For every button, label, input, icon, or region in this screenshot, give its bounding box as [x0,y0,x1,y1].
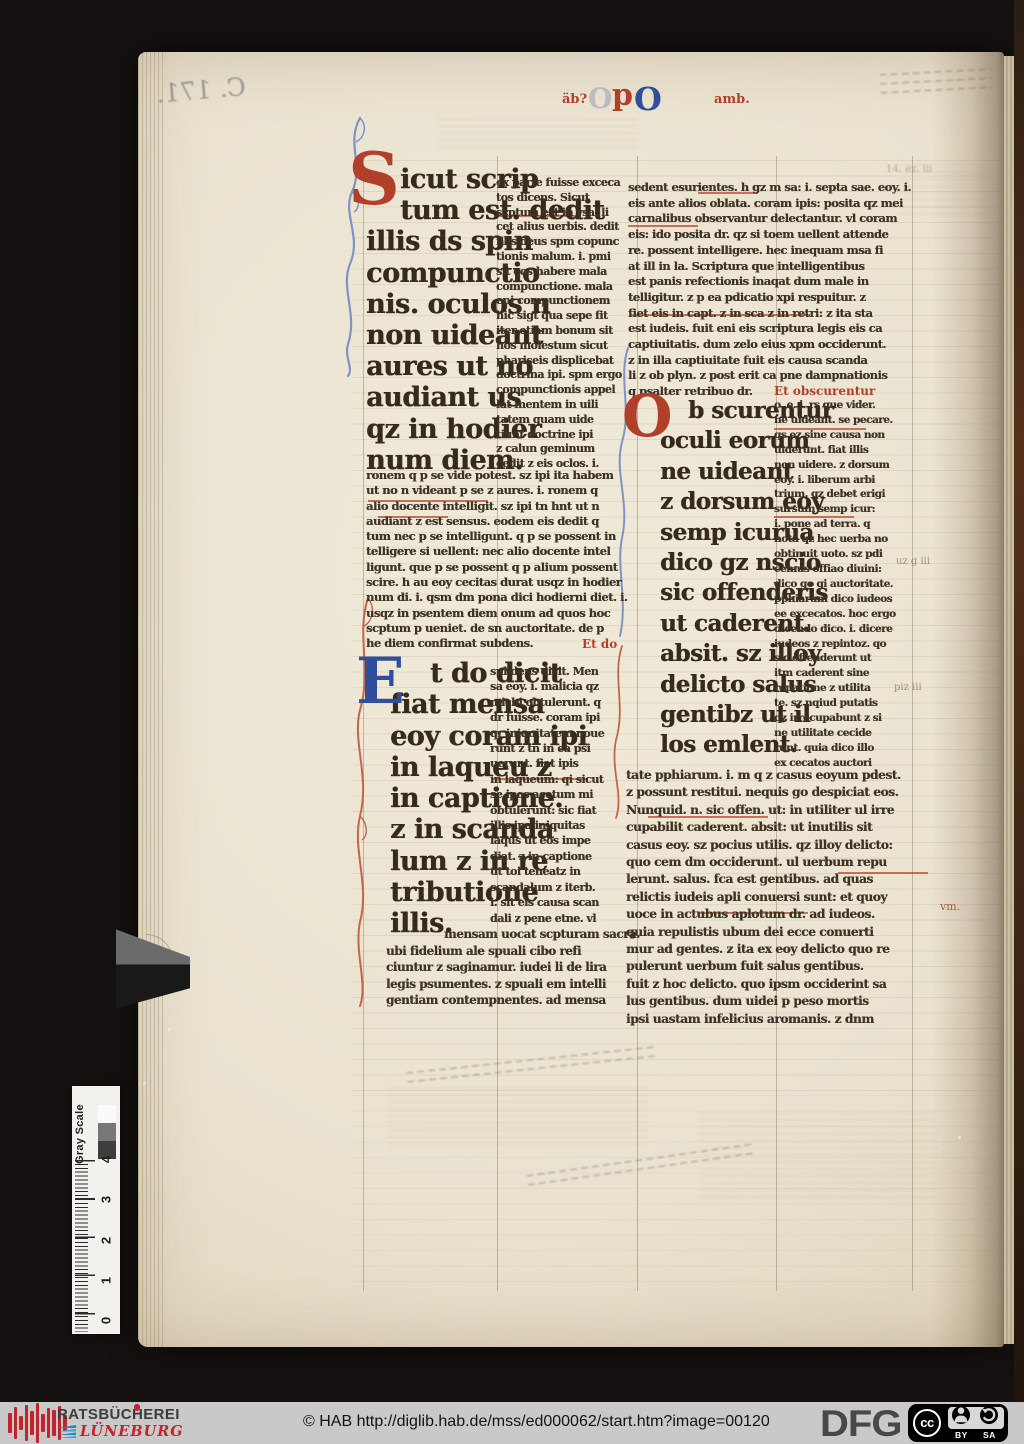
ink-bleed [438,118,638,150]
gloss-column-2a: subdens dicit. Mensa eoy. i. malicia qzm… [490,664,636,926]
rubric-et-do: Et do [582,637,617,651]
ruler-numbers: 43210 [98,1152,114,1328]
monogram-ghost: O [588,82,612,115]
cc-sharealike-icon [980,1406,998,1424]
running-title-monogram-red: p [612,78,633,113]
gray-scale-ruler: Gray Scale 43210 [72,1086,120,1334]
margin-note-3: vm. [940,900,960,913]
manuscript-page: äb? p O O amb. C. 171. 14. ez. iii S E O [138,52,1004,1347]
gray-patch-white [98,1105,116,1123]
dust-speck [958,1136,961,1139]
gray-scale-label: Gray Scale [74,1094,94,1164]
dust-speck [143,1082,146,1085]
illuminated-initial-e: E [356,644,405,719]
dfg-logo: DFG [820,1404,901,1444]
library-fan-icon [57,1424,77,1439]
running-title-monogram-blue: O [634,80,662,118]
library-city: LÜNEBURG [80,1423,184,1440]
footer-bar: RATSBÜCHEREI LÜNEBURG © HAB http://digli… [0,1402,1024,1444]
running-title-right: amb. [714,92,750,107]
credit-url: © HAB http://diglib.hab.de/mss/ed000062/… [303,1413,770,1431]
folio-note: 14. ez. iii [886,164,932,175]
illuminated-initial-s: S [348,136,400,221]
gloss-block-2b: mensam uocat scpturam sacra.ubi fidelium… [386,926,648,1009]
pencil-shelfmark: C. 171. [155,72,247,109]
ruler-ticks-major [75,1160,95,1332]
commentary-right-bottom: tate pphiarum. i. m q z casus eoyum pdes… [626,766,924,1027]
library-logo-red-dot [134,1404,140,1411]
gray-patch-mid [98,1123,116,1141]
page-stack-edge [138,52,164,1347]
gloss-column-1a: ex parte fuisse excecatos dicens. Sicuts… [496,176,638,472]
margin-note-1: uz g iii [896,556,930,567]
commentary-right-top: sedent esurientes. h gz m sa: i. septa s… [628,180,920,400]
cc-license-badge: cc BY SA [908,1404,1008,1442]
cc-icon: cc [913,1409,941,1437]
cc-by-label: BY [955,1430,968,1440]
running-title-left: äb? [562,92,587,107]
illuminated-initial-o: O [622,382,673,450]
library-name: RATSBÜCHEREI [57,1406,180,1423]
gloss-column-3: o. e. i. rs que vider.ne uideant. se pec… [774,398,916,771]
pencil-marginalia-top-right [879,61,993,101]
ink-bleed [388,1087,648,1147]
gloss-block-1b: ronem q p se vide potest. sz ipi ita hab… [366,468,642,652]
book-cover-edge [1014,0,1024,1444]
lemma-block-3: b scurenturoculi eorumne uideantz dorsum… [660,396,790,761]
margin-note-2: piz iii [894,682,922,693]
cc-attribution-icon [952,1406,970,1424]
rubric-et-obscurentur: Et obscurentur [774,384,875,398]
dust-speck [168,1028,171,1031]
manuscript-scan-viewer: äb? p O O amb. C. 171. 14. ez. iii S E O [0,0,1024,1444]
cc-sa-label: SA [983,1430,996,1440]
